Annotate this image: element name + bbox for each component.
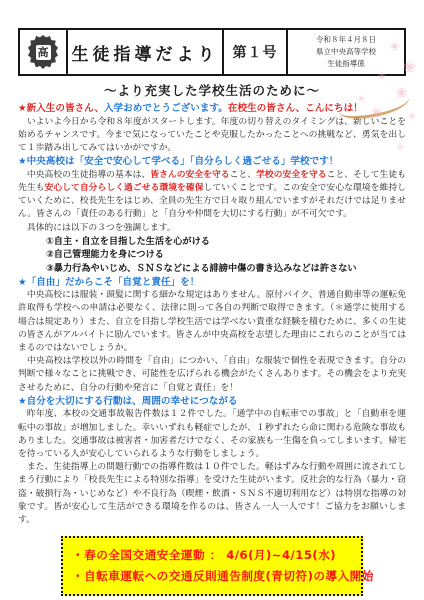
page-subtitle: 〜より充実した学校生活のために〜: [18, 81, 406, 99]
section-safe-school: ★中央高校は「安全で安心して学べる」「自分らしく過ごせる」学校です！ 中央高校の…: [18, 155, 406, 275]
body-paragraph: 中央高校は学校以外の時間を「自由」につかい、「自由」な服装で個性を表現できます。…: [18, 355, 406, 395]
body-paragraph: 具体的には以下の３つを強調します。: [18, 222, 406, 235]
section-heading: ★新入生の皆さん、入学おめでとうございます。在校生の皆さん、こんにちは！: [18, 102, 406, 116]
body-paragraph: 中央高校には服装・頭髪に関する細かな規定はありません。原付バイク、普通自動車等の…: [18, 289, 406, 355]
issue-date: 令和８年４月８日: [316, 34, 376, 46]
body-paragraph: いよいよ今日から令和８年度がスタートします。年度の切り替えのタイミングは、新しい…: [18, 116, 406, 156]
publisher-block: 令和８年４月８日 県立中央高等学校 生徒指導係: [288, 30, 404, 74]
section-heading: ★中央高校は「安全で安心して学べる」「自分らしく過ごせる」学校です！: [18, 155, 406, 169]
issue-number: 第１号: [224, 30, 288, 74]
body-paragraph: また、生徒指導上の問題行動での指導件数は１０件でした。軽はずみな行動や周囲に流さ…: [18, 461, 406, 527]
body-paragraph: 中央高校の生徒指導の基本は、皆さんの安全を守ること、学校の安全を守ること、そして…: [18, 169, 406, 222]
notice-item-bicycle-ticket: ・自転車運転への交通反則通告制度(青切符)の導入開始: [72, 566, 352, 587]
newsletter-title: 生徒指導だより: [68, 30, 224, 74]
school-emblem: 高: [20, 30, 68, 74]
body-paragraph: 昨年度、本校の交通事故報告件数は１２件でした。「通学中の自転車での事故」と「自動…: [18, 408, 406, 461]
newsletter-page: ❀ ❀ ❀ ❀ ❀ ❀ ❀ ❀ 高 生徒指導だより 第１号 令和８年４月８日 県…: [0, 0, 424, 600]
department-name: 生徒指導係: [327, 58, 365, 70]
notice-item-traffic-campaign: ・春の全国交通安全運動 ： 4/6(月)~4/15(水): [72, 545, 352, 566]
emphasis-list: ①自主・自立を目指した生活を心がける ②自己管理能力を身につける ③暴力行為やい…: [18, 235, 406, 276]
newsletter-title-text: 生徒指導だより: [72, 40, 219, 65]
school-emblem-icon: 高: [28, 35, 58, 69]
list-item: ③暴力行為やいじめ、ＳＮＳなどによる誹謗中傷の書き込みなどは許さない: [46, 262, 406, 276]
section-freedom-responsibility: ★「自由」だからこそ「自覚と責任」を！ 中央高校には服装・頭髪に関する細かな規定…: [18, 276, 406, 395]
list-item: ②自己管理能力を身につける: [46, 248, 406, 262]
header-box: 高 生徒指導だより 第１号 令和８年４月８日 県立中央高等学校 生徒指導係: [18, 28, 406, 76]
sakura-flower-icon: ❀: [408, 112, 416, 122]
issue-number-text: 第１号: [233, 42, 278, 62]
list-item: ①自主・自立を目指した生活を心がける: [46, 235, 406, 249]
section-heading: ★「自由」だからこそ「自覚と責任」を！: [18, 276, 406, 290]
notice-box: ・春の全国交通安全運動 ： 4/6(月)~4/15(水) ・自転車運転への交通反…: [61, 536, 363, 596]
section-care-for-yourself: ★自分を大切にする行動は、周囲の幸せにつながる 昨年度、本校の交通事故報告件数は…: [18, 395, 406, 527]
section-heading: ★自分を大切にする行動は、周囲の幸せにつながる: [18, 395, 406, 409]
school-name: 県立中央高等学校: [316, 46, 376, 58]
section-welcome: ★新入生の皆さん、入学おめでとうございます。在校生の皆さん、こんにちは！ いよい…: [18, 102, 406, 155]
emblem-character: 高: [36, 45, 51, 60]
